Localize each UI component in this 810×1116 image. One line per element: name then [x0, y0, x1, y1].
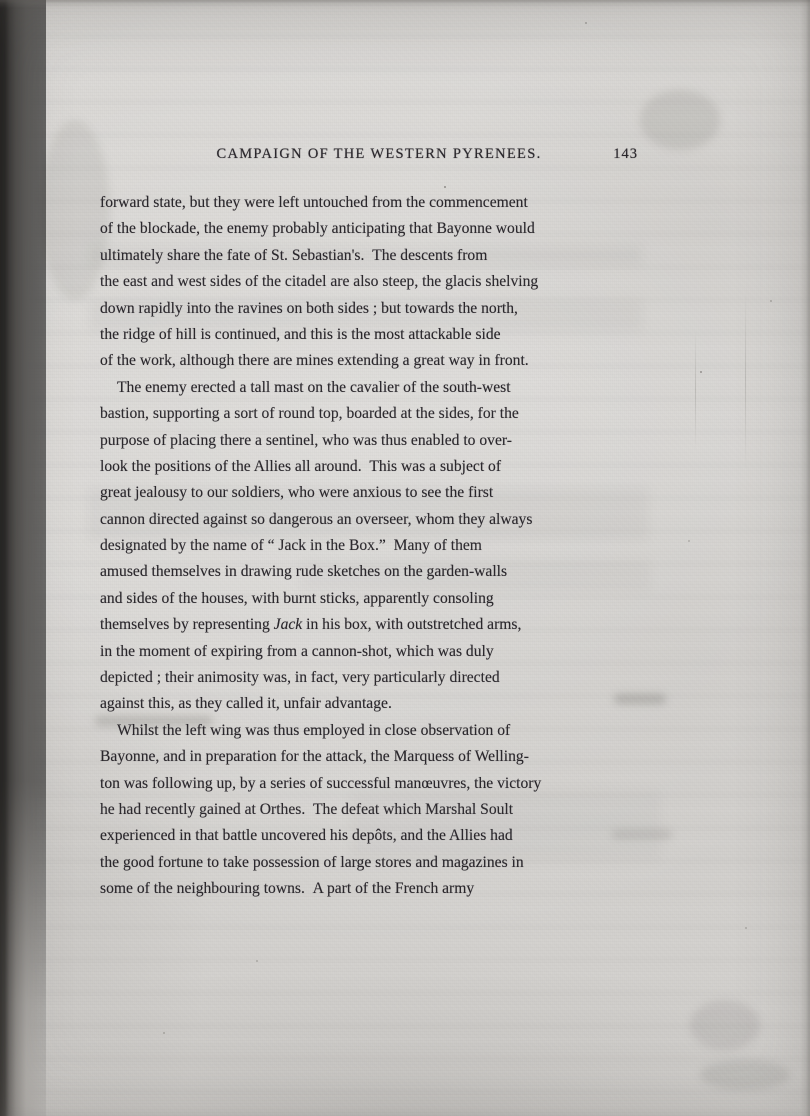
text-line: great jealousy to our soldiers, who were…	[100, 480, 632, 506]
scanned-book-page: CAMPAIGN OF THE WESTERN PYRENEES. 143 fo…	[0, 0, 810, 1116]
text-line: Bayonne, and in preparation for the atta…	[100, 744, 632, 770]
running-title: CAMPAIGN OF THE WESTERN PYRENEES.	[216, 145, 541, 163]
text-line: Whilst the left wing was thus employed i…	[100, 718, 632, 744]
text-line: of the blockade, the enemy probably anti…	[100, 216, 632, 242]
text-line: look the positions of the Allies all aro…	[100, 454, 632, 480]
text-line: the east and west sides of the citadel a…	[100, 269, 632, 295]
right-edge-shadow	[800, 0, 810, 1116]
text-line: experienced in that battle uncovered his…	[100, 823, 632, 849]
binding-edge-shadow	[0, 0, 46, 1116]
text-line: against this, as they called it, unfair …	[100, 691, 632, 717]
text-column: forward state, but they were left untouc…	[100, 190, 632, 903]
scan-scratch	[745, 290, 746, 470]
text-line-with-italic: themselves by representing Jack in his b…	[100, 612, 632, 638]
paper-blotch	[700, 1060, 790, 1090]
text-line: designated by the name of “ Jack in the …	[100, 533, 632, 559]
paper-blotch	[690, 1000, 760, 1050]
text-line: some of the neighbouring towns. A part o…	[100, 876, 632, 902]
text-line: in the moment of expiring from a cannon-…	[100, 639, 632, 665]
text-line: and sides of the houses, with burnt stic…	[100, 586, 632, 612]
text-line: the good fortune to take possession of l…	[100, 850, 632, 876]
text-line: down rapidly into the ravines on both si…	[100, 296, 632, 322]
text-line: depicted ; their animosity was, in fact,…	[100, 665, 632, 691]
scan-scratch	[695, 330, 696, 450]
text-line: the ridge of hill is continued, and this…	[100, 322, 632, 348]
text-line: cannon directed against so dangerous an …	[100, 507, 632, 533]
page-number: 143	[613, 145, 638, 163]
text-line: of the work, although there are mines ex…	[100, 348, 632, 374]
text-line: he had recently gained at Orthes. The de…	[100, 797, 632, 823]
text-line: ultimately share the fate of St. Sebasti…	[100, 243, 632, 269]
text-line: The enemy erected a tall mast on the cav…	[100, 375, 632, 401]
text-line: bastion, supporting a sort of round top,…	[100, 401, 632, 427]
paragraph-3: Whilst the left wing was thus employed i…	[100, 718, 632, 903]
paper-blotch	[640, 90, 720, 150]
top-edge-shadow	[0, 0, 810, 8]
jack-italic: Jack	[274, 616, 303, 633]
text-segment: in his box, with outstretched arms,	[302, 616, 521, 633]
paper-specks	[0, 0, 2, 2]
page-header: CAMPAIGN OF THE WESTERN PYRENEES. 143	[100, 145, 632, 165]
paragraph-1: forward state, but they were left untouc…	[100, 190, 632, 375]
paragraph-2: The enemy erected a tall mast on the cav…	[100, 375, 632, 718]
text-line: amused themselves in drawing rude sketch…	[100, 559, 632, 585]
text-segment: themselves by representing	[100, 616, 274, 633]
text-line: purpose of placing there a sentinel, who…	[100, 428, 632, 454]
text-line: ton was following up, by a series of suc…	[100, 771, 632, 797]
text-line: forward state, but they were left untouc…	[100, 190, 632, 216]
